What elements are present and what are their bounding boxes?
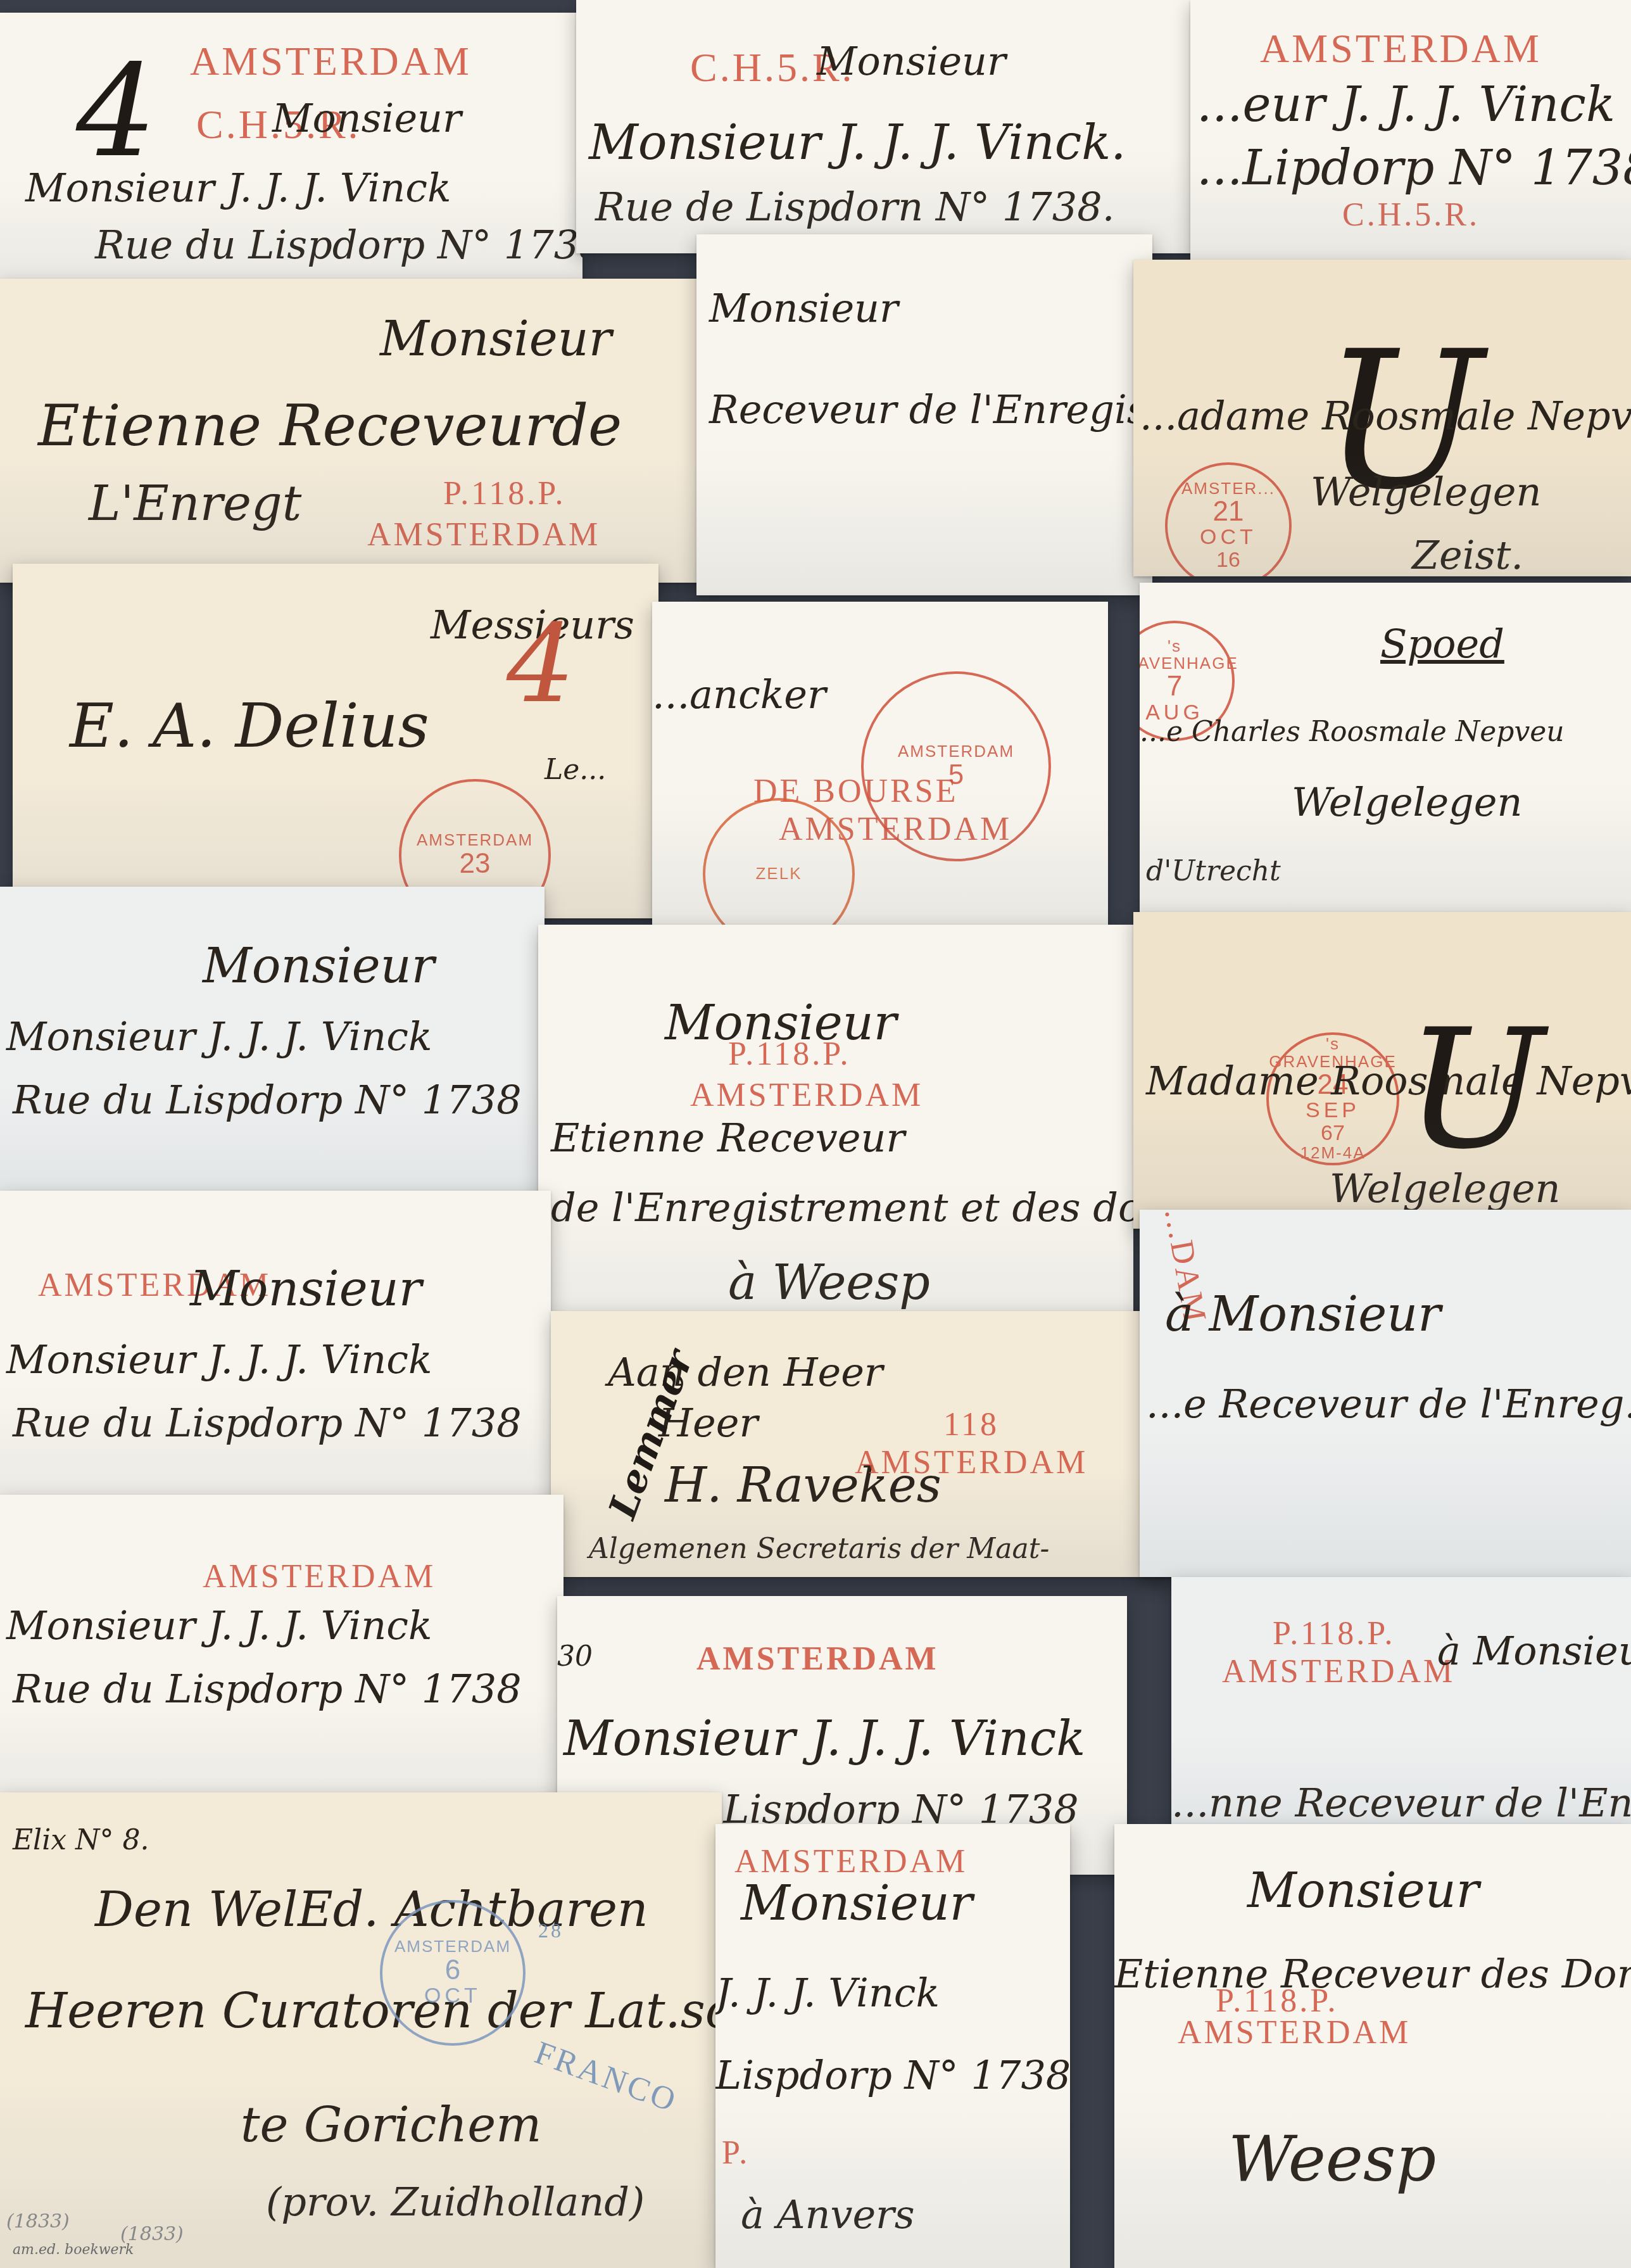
cover-etienne-weesp-2: Monsieur Etienne Receveur des Domaines P… [1114,1824,1631,2268]
address-line: Algemenen Secretaris der Maat- [589,1533,1049,1565]
address-line: Rue de Lispdorn N° 1738. [595,184,1114,230]
address-line: Welgelegen [1292,779,1522,825]
address-line: Elix N° 8. [13,1824,149,1856]
rate-mark: 4 [507,602,575,727]
address-line: L'Enregt [89,475,301,531]
postmark-amsterdam: AMSTERDAM [855,1444,1088,1481]
cover-de-bourse: ...ancker AMSTERDAM 5 DE BOURSE AMSTERDA… [652,602,1108,925]
cover-gorichem-curatoren: Elix N° 8. Den WelEd. Achtbaren Heeren C… [0,1792,722,2268]
address-line: ...nne Receveur de l'Enregt [1171,1780,1631,1826]
address-line: Monsieur [190,1260,422,1317]
address-line: Den WelEd. Achtbaren [95,1881,648,1937]
address-line: à Weesp [728,1254,930,1310]
postmark-chsr: C.H.5.R. [1342,196,1480,234]
postmark-amsterdam: AMSTERDAM [696,1640,939,1678]
address-line: Spoed [1380,621,1504,667]
note: 30 [557,1640,593,1673]
postmark-amsterdam: AMSTERDAM [690,1077,923,1114]
address-line: Madame Roosmale Nepveu [1146,1058,1631,1104]
cover-vinck-6: AMSTERDAM Monsieur J. J. J. Vinck Rue du… [0,1495,564,1824]
address-line: Monsieur J. J. J. Vinck [6,1336,432,1383]
address-line: Monsieur [380,310,612,367]
cover-p118p-receveur: P.118.P. AMSTERDAM à Monsieur ...nne Rec… [1171,1577,1631,1843]
postmark-amsterdam-cds: AMSTER... 21 OCT 16 [1165,462,1292,576]
address-line: à Monsieur [1437,1628,1631,1674]
cover-a-monsieur-receveur: ...DAM à Monsieur ...e Receveur de l'Enr… [1140,1210,1631,1577]
address-line: Monsieur [741,1875,973,1931]
address-line: Rue du Lispdorp N° 1738 [13,1666,522,1712]
address-line: à Monsieur [1165,1286,1441,1342]
address-line: Lispdorp N° 1738 [715,2052,1070,2098]
address-line: Monsieur J. J. J. Vinck [25,165,451,211]
postmark-amsterdam: AMSTERDAM [203,1558,436,1595]
postmark-amsterdam: AMSTERDAM [367,516,600,554]
rate-mark: U [1406,994,1544,1186]
address-line: Monsieur J. J. J. Vinck [6,1013,432,1060]
postmark-amsterdam-blue-cds: AMSTERDAM 6 OCT [380,1900,526,2046]
postmark-amsterdam: AMSTERDAM [190,38,472,85]
address-line: ...e Charles Roosmale Nepveu [1140,716,1565,748]
address-line: ...adame Roosmale Nepveu [1140,393,1631,439]
address-line: Monsieur [817,38,1006,84]
address-line: Monsieur [1247,1862,1479,1918]
address-line: ...Lipdorp N° 1738 [1197,139,1631,196]
postmark-p118p: P.118.P. [443,475,565,512]
address-line: Monsieur [709,285,898,331]
address-line: Welgelegen [1311,469,1541,515]
address-line: (prov. Zuidholland) [266,2179,645,2225]
address-line: ...e Receveur de l'Enreg... [1146,1381,1631,1427]
cover-spoed-roosmale: 's GRAVENHAGE 7 AUG Spoed ...e Charles R… [1140,583,1631,918]
postmark-amsterdam: AMSTERDAM [1260,25,1542,72]
address-line: Monsieur [272,95,462,141]
address-line: Etienne Receveur des Domaines [1114,1951,1631,1997]
pencil-note: am.ed. boekwerk [13,2242,134,2258]
address-line: Zeist. [1412,532,1523,576]
postmark-franco: FRANCO [530,2034,683,2120]
postmark-amsterdam: AMSTERDAM [1222,1653,1455,1690]
address-line: te Gorichem [241,2096,541,2153]
address-line: Monsieur J. J. J. Vinck [6,1602,432,1649]
address-line: ...ancker [652,671,826,718]
cover-etienne-weesp: Monsieur P.118.P. AMSTERDAM Etienne Rece… [538,925,1133,1355]
address-line: J. J. J. Vinck [715,1970,940,2016]
address-line: Monsieur [203,937,434,994]
address-line: d'Utrecht [1146,855,1281,887]
cover-vinck-5: AMSTERDAM Monsieur Monsieur J. J. J. Vin… [0,1191,551,1520]
postmark-p118p: P.118.P. [728,1036,850,1073]
address-line: à Anvers [741,2191,915,2238]
address-line: de l'Enregistrement et des domaines [551,1184,1133,1231]
address-line: Le... [545,754,606,786]
address-line: Etienne Receveur [551,1115,905,1161]
cover-delius: Messieurs E. A. Delius Le... 4 AMSTERDAM… [13,564,658,918]
postmark-p: P. [722,2134,750,2172]
cover-etienne-receveur: Monsieur Etienne Receveurde L'Enregt P.1… [0,279,715,583]
pencil-note: (1833) [6,2210,70,2233]
address-line: Rue du Lispdorp N° 1738 [13,1077,522,1123]
address-line: Rue du Lispdorp N° 1738 [95,222,582,268]
postmark-amsterdam: AMSTERDAM [1178,2014,1411,2051]
cover-madame-roosmale-gravenhage: 's GRAVENHAGE 24 SEP 67 12M-4A Madame Ro… [1133,912,1631,1229]
address-line: Heeren Curatoren der Lat.sche School [25,1982,722,2039]
postmark-118: 118 [943,1406,999,1443]
cover-ravekes: Aan den Heer Heer H. Ravekes Algemenen S… [551,1311,1178,1577]
cover-vinck-4: Monsieur Monsieur J. J. J. Vinck Rue du … [0,887,545,1216]
cover-receveur-enregistrement: Monsieur Receveur de l'Enregistrement [696,234,1152,595]
address-line: E. A. Delius [70,690,429,761]
address-line: Etienne Receveurde [38,393,622,459]
postmark-side-number: 28 [538,1919,564,1942]
address-line: Weesp [1228,2122,1436,2196]
cover-vinck-3: AMSTERDAM C.H.5.R. ...eur J. J. J. Vinck… [1190,0,1631,260]
address-line: ...eur J. J. J. Vinck [1197,76,1615,132]
cover-vinck-amsterdam-1: AMSTERDAM C.H.5.R. 4 Monsieur Monsieur J… [0,13,582,291]
address-line: Receveur de l'Enregistrement [709,386,1152,433]
cover-vinck-2: C.H.5.R. Monsieur Monsieur J. J. J. Vinc… [576,0,1203,253]
cover-vinck-anvers: AMSTERDAM Monsieur J. J. J. Vinck Lispdo… [715,1824,1070,2268]
address-line: Monsieur J. J. J. Vinck. [589,114,1126,170]
address-line: Monsieur J. J. J. Vinck [564,1710,1085,1766]
cover-roosmale-nepveu-zeist: AMSTER... 21 OCT 16 U ...adame Roosmale … [1133,260,1631,576]
address-line: Rue du Lispdorp N° 1738 [13,1400,522,1446]
postmark-p118p: P.118.P. [1273,1615,1395,1652]
rate-mark: 4 [76,38,156,186]
